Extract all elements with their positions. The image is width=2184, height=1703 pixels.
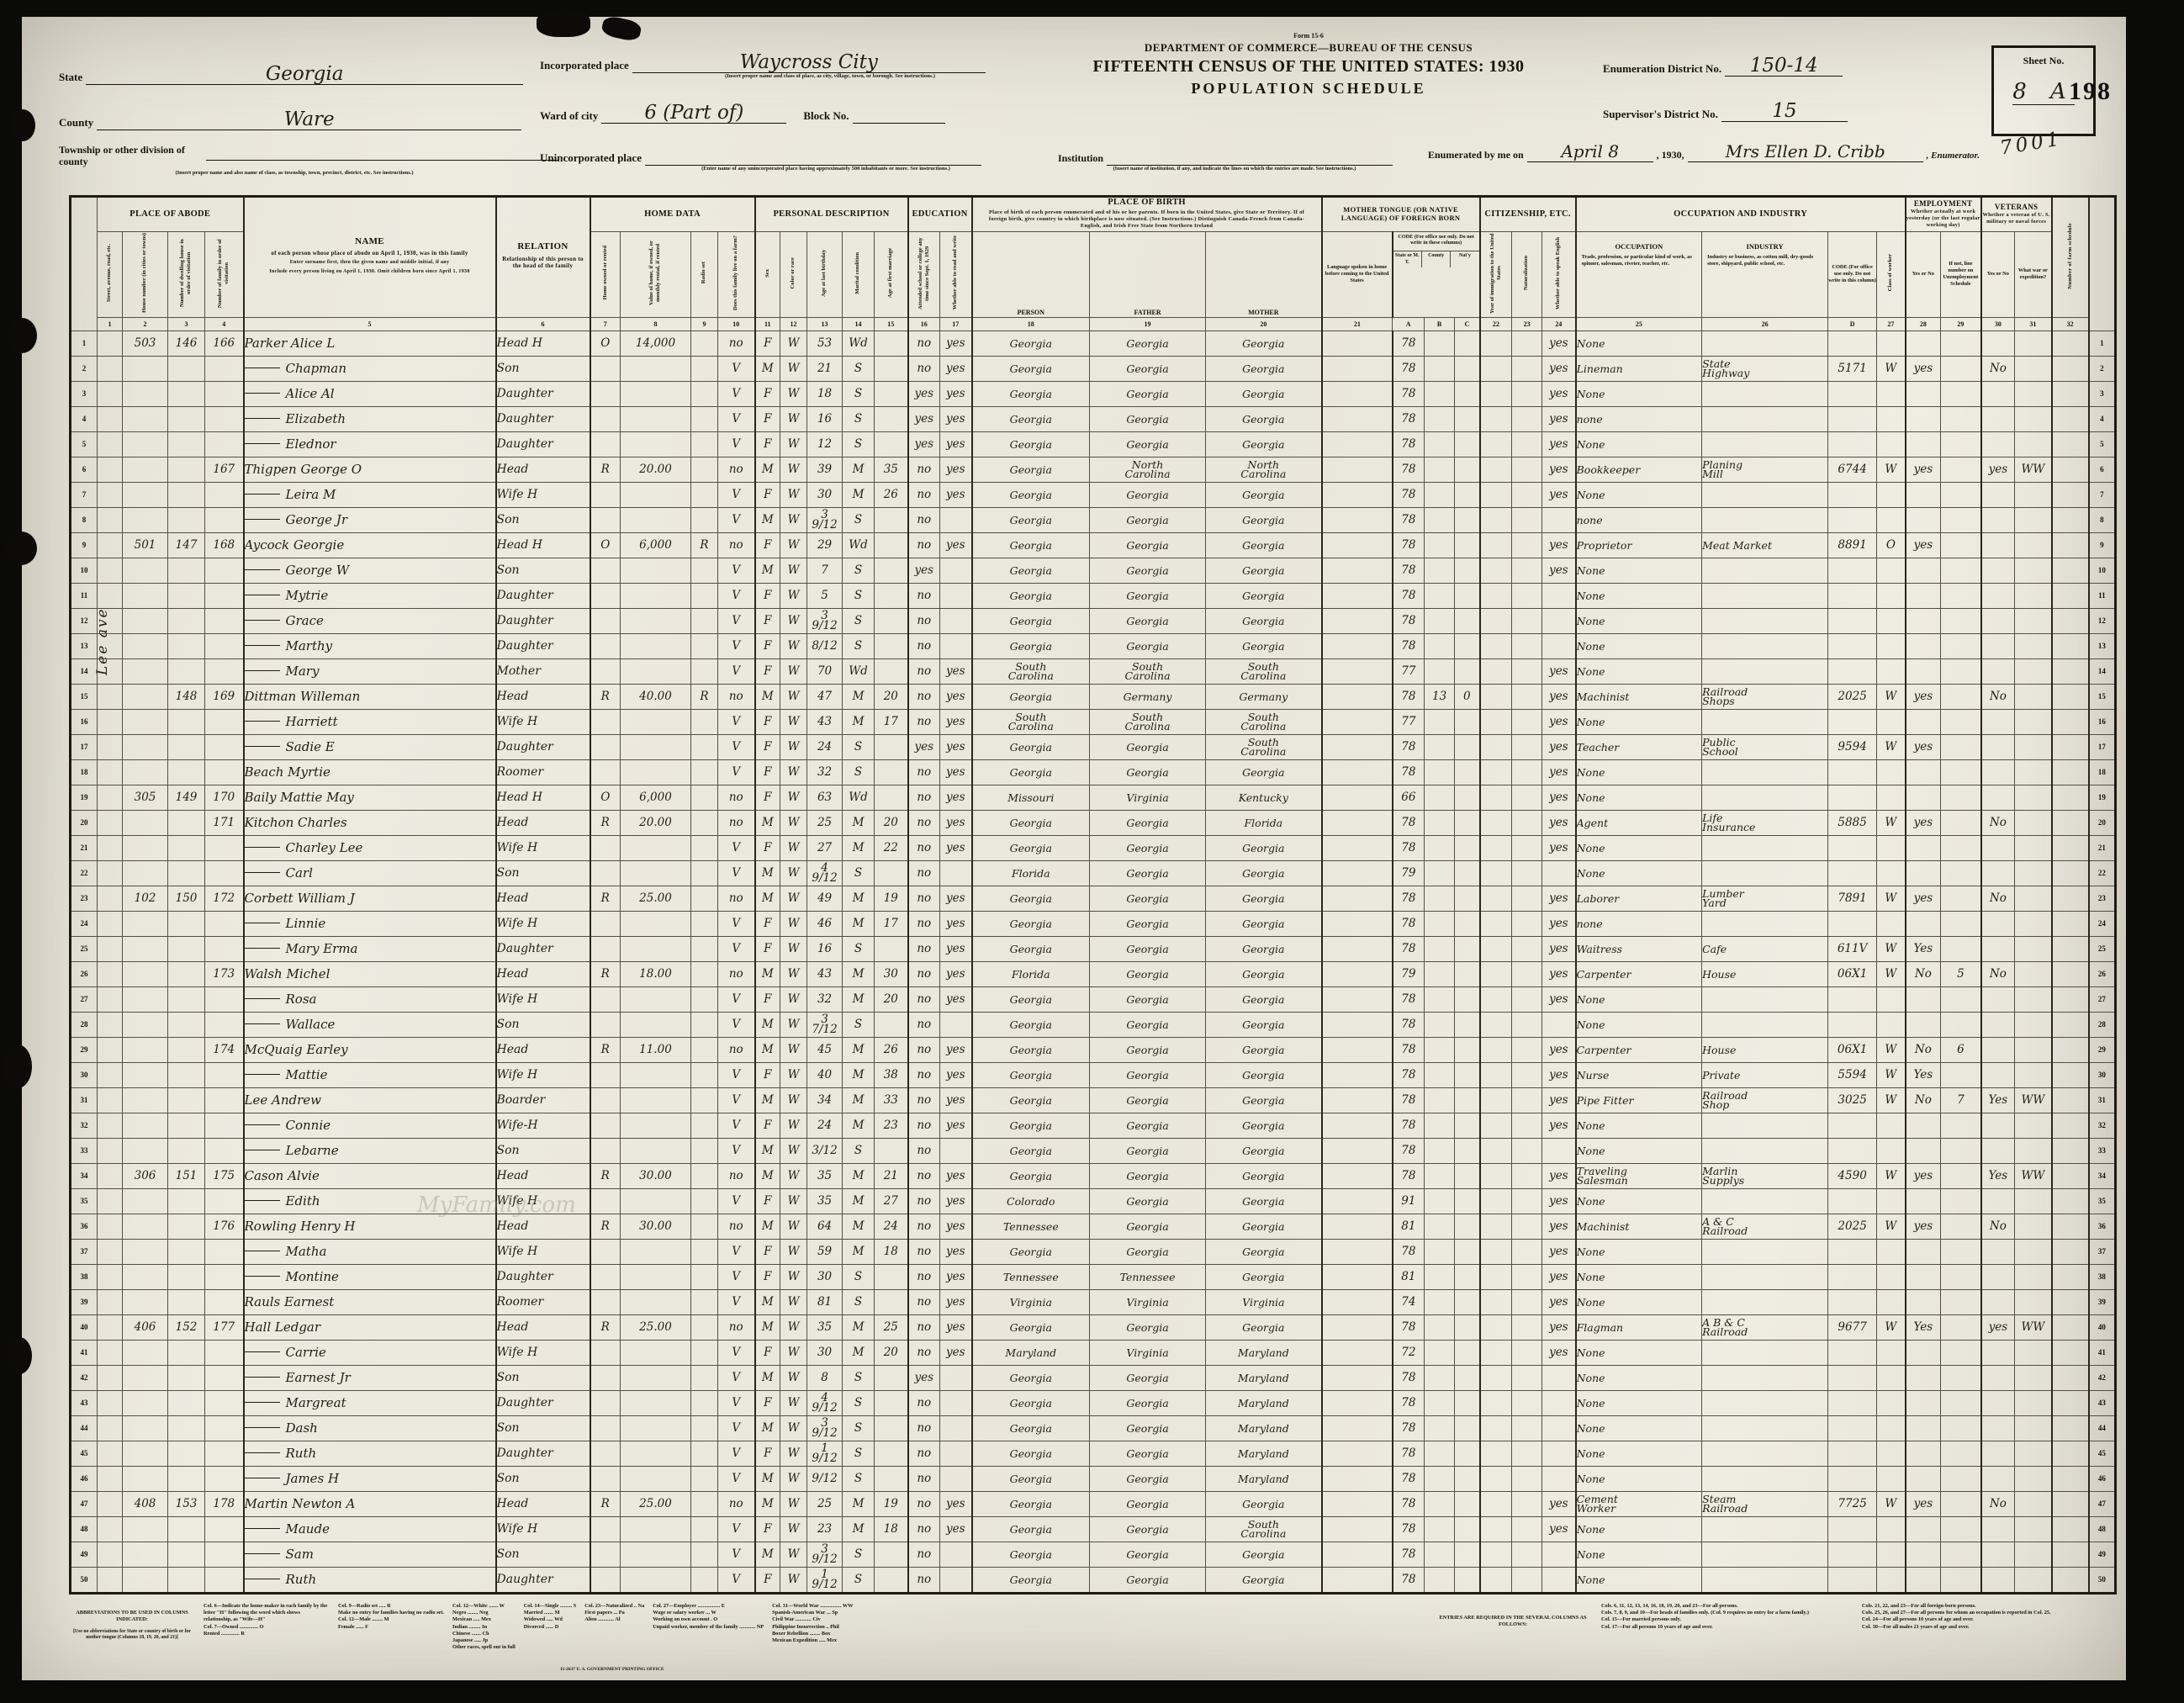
cell-cls: W [1877, 1214, 1906, 1239]
table-row: 13MarthyDaughterVFW8/12SnoGeorgiaGeorgia… [71, 633, 2116, 658]
cell-street [98, 1516, 123, 1542]
cell-mar: M [843, 1163, 875, 1188]
cell-street [98, 810, 123, 835]
cell-f32 [2052, 457, 2089, 482]
cell-age: 81 [807, 1289, 843, 1314]
col-number-13: 13 [807, 317, 843, 331]
col-street: Street, avenue, road, etc. [98, 231, 123, 317]
cell-bpf: Tennessee [1090, 1264, 1206, 1289]
col-code-abc: CODE (For office use only. Do not write … [1393, 231, 1480, 317]
cell-lnL: 8 [71, 507, 98, 532]
cell-bpm: Georgia [1206, 1113, 1322, 1138]
cell-bpp: Georgia [972, 356, 1090, 381]
cell-nat [1512, 331, 1542, 356]
cell-farm: V [718, 558, 755, 583]
cell-name: Harriett [244, 709, 496, 734]
cell-w28 [1906, 1390, 1941, 1415]
cell-bpm: South Carolina [1206, 734, 1322, 759]
cell-ind: Planing Mill [1702, 457, 1828, 482]
col-number-C: C [1455, 317, 1480, 331]
cell-bpp: Georgia [972, 608, 1090, 633]
cell-imm [1480, 961, 1512, 986]
cell-imm [1480, 911, 1512, 936]
cell-bpf: Georgia [1090, 331, 1206, 356]
cell-name: Mary Erma [244, 936, 496, 961]
table-row: 27RosaWife HVFW32M20noyesGeorgiaGeorgiaG… [71, 986, 2116, 1012]
cell-w28: yes [1906, 1163, 1941, 1188]
cell-race: W [780, 1415, 807, 1441]
cell-cB [1425, 1289, 1455, 1314]
cell-bpp: Georgia [972, 431, 1090, 457]
cell-name: Elednor [244, 431, 496, 457]
cell-street [98, 457, 123, 482]
cell-bpf: Georgia [1090, 986, 1206, 1012]
cell-ind: Steam Railroad [1702, 1491, 1828, 1516]
cell-sch: no [908, 1466, 940, 1491]
cell-dwel [168, 1113, 205, 1138]
cell-occ: Pipe Fitter [1576, 1087, 1702, 1113]
cell-agem: 35 [875, 457, 908, 482]
cell-fam: 173 [205, 961, 244, 986]
cell-cA: 78 [1393, 810, 1425, 835]
cell-rw: yes [940, 1113, 972, 1138]
cell-street [98, 1314, 123, 1340]
col-dwelling-number: Number of dwelling house in order of vis… [168, 231, 205, 317]
cell-race: W [780, 1289, 807, 1314]
cell-w28: Yes [1906, 1062, 1941, 1087]
ditto-dash [245, 1553, 280, 1554]
cell-cB [1425, 709, 1455, 734]
cell-occ: None [1576, 1239, 1702, 1264]
cell-occ: None [1576, 1415, 1702, 1441]
cell-rel: Son [496, 1012, 590, 1037]
cell-fam [205, 507, 244, 532]
incorporated-caption: (Insert proper name and class of place, … [649, 73, 1011, 79]
cell-v31 [2015, 1138, 2052, 1163]
cell-radio: R [691, 532, 718, 558]
cell-bpm: Georgia [1206, 431, 1322, 457]
cell-street [98, 1037, 123, 1062]
cell-ind: Marlin Supplys [1702, 1163, 1828, 1188]
cell-codeD [1828, 1012, 1877, 1037]
cell-imm [1480, 1087, 1512, 1113]
cell-v31 [2015, 785, 2052, 810]
cell-bpp: Georgia [972, 734, 1090, 759]
cell-sex: M [755, 1012, 780, 1037]
cell-farm: V [718, 759, 755, 785]
cell-rel: Wife H [496, 986, 590, 1012]
col-code-d: CODE (For office use only. Do not write … [1828, 231, 1877, 317]
cell-house: 406 [123, 1314, 168, 1340]
cell-sex: F [755, 633, 780, 658]
code-sub-naty: Nat'y [1450, 251, 1478, 267]
cell-radio [691, 1340, 718, 1365]
cell-bpm: Maryland [1206, 1466, 1322, 1491]
cell-bpp: Georgia [972, 1012, 1090, 1037]
cell-bpf: Georgia [1090, 608, 1206, 633]
cell-lnL: 38 [71, 1264, 98, 1289]
cell-eng: yes [1542, 785, 1576, 810]
cell-codeD [1828, 1289, 1877, 1314]
cell-rel: Head [496, 1491, 590, 1516]
cell-occ: None [1576, 785, 1702, 810]
cell-agem [875, 936, 908, 961]
cell-rw [940, 1390, 972, 1415]
cell-w29 [1941, 911, 1981, 936]
cell-nat [1512, 1138, 1542, 1163]
table-row: 12GraceDaughterVFW3 9/12SnoGeorgiaGeorgi… [71, 608, 2116, 633]
cell-cls [1877, 633, 1906, 658]
group-employment: EMPLOYMENT Whether actually at work yest… [1906, 197, 1981, 232]
cell-cA: 78 [1393, 1113, 1425, 1138]
cell-val: 25.00 [621, 886, 691, 911]
group-home-data: HOME DATA [590, 197, 755, 232]
cell-bpp: Georgia [972, 1415, 1090, 1441]
group-citizenship: CITIZENSHIP, ETC. [1480, 197, 1576, 232]
cell-cC [1455, 331, 1480, 356]
cell-v30 [1981, 734, 2015, 759]
cell-house [123, 1289, 168, 1314]
cell-occ: None [1576, 1289, 1702, 1314]
cell-fam [205, 1542, 244, 1567]
cell-age: 4 9/12 [807, 1390, 843, 1415]
cell-house [123, 1390, 168, 1415]
cell-cC [1455, 633, 1480, 658]
cell-tongue [1322, 810, 1393, 835]
ditto-dash [245, 393, 280, 394]
cell-ind [1702, 1239, 1828, 1264]
cell-radio [691, 381, 718, 406]
cell-w29: 6 [1941, 1037, 1981, 1062]
cell-lnR: 18 [2089, 759, 2116, 785]
cell-fam [205, 936, 244, 961]
cell-bpp: Florida [972, 961, 1090, 986]
cell-name: Dash [244, 1415, 496, 1441]
ditto-dash [245, 645, 280, 646]
cell-rel: Roomer [496, 759, 590, 785]
cell-ind: Life Insurance [1702, 810, 1828, 835]
cell-mar: M [843, 482, 875, 507]
cell-street [98, 482, 123, 507]
cell-w28 [1906, 860, 1941, 886]
cell-house [123, 608, 168, 633]
table-body: 1503146166Parker Alice LHead HO14,000noF… [71, 331, 2116, 1593]
enumerated-year: , 1930, [1657, 149, 1684, 161]
cell-tongue [1322, 734, 1393, 759]
cell-radio [691, 1289, 718, 1314]
cell-w28 [1906, 1289, 1941, 1314]
scan-artifact [5, 532, 37, 565]
cell-radio [691, 1163, 718, 1188]
cell-nat [1512, 1466, 1542, 1491]
cell-nat [1512, 558, 1542, 583]
cell-sch: no [908, 1163, 940, 1188]
cell-cA: 78 [1393, 835, 1425, 860]
cell-dwel [168, 658, 205, 684]
cell-dwel [168, 1138, 205, 1163]
cell-mar: M [843, 709, 875, 734]
cell-farm: no [718, 886, 755, 911]
cell-race: W [780, 1542, 807, 1567]
cell-lnL: 17 [71, 734, 98, 759]
cell-cA: 78 [1393, 507, 1425, 532]
cell-lnL: 7 [71, 482, 98, 507]
cell-val [621, 482, 691, 507]
cell-rel: Roomer [496, 1289, 590, 1314]
cell-imm [1480, 482, 1512, 507]
cell-cA: 78 [1393, 608, 1425, 633]
cell-rel: Head [496, 810, 590, 835]
cell-f32 [2052, 381, 2089, 406]
cell-v31 [2015, 860, 2052, 886]
cell-eng: yes [1542, 911, 1576, 936]
cell-nat [1512, 835, 1542, 860]
cell-v31 [2015, 1567, 2052, 1593]
cell-val [621, 1062, 691, 1087]
cell-bpp: Georgia [972, 911, 1090, 936]
cell-eng: yes [1542, 1037, 1576, 1062]
cell-tongue [1322, 507, 1393, 532]
cell-race: W [780, 457, 807, 482]
form-footer: ABBREVIATIONS TO BE USED IN COLUMNS INDI… [69, 1603, 2114, 1675]
cell-dwel [168, 1567, 205, 1593]
cell-cA: 81 [1393, 1214, 1425, 1239]
ditto-dash [245, 872, 280, 873]
cell-name: Montine [244, 1264, 496, 1289]
cell-cB [1425, 1037, 1455, 1062]
cell-agem [875, 1138, 908, 1163]
cell-nat [1512, 1188, 1542, 1214]
ditto-dash [245, 670, 280, 671]
cell-w28: yes [1906, 532, 1941, 558]
cell-agem: 21 [875, 1163, 908, 1188]
cell-tongue [1322, 1314, 1393, 1340]
census-title: FIFTEENTH CENSUS OF THE UNITED STATES: 1… [1014, 57, 1603, 77]
cell-imm [1480, 1415, 1512, 1441]
cell-sex: M [755, 1138, 780, 1163]
cell-sex: F [755, 1239, 780, 1264]
cell-fam [205, 1516, 244, 1542]
cell-house [123, 1365, 168, 1390]
cell-lnL: 36 [71, 1214, 98, 1239]
cell-radio [691, 1415, 718, 1441]
cell-name: Maude [244, 1516, 496, 1542]
cell-farm: V [718, 986, 755, 1012]
cell-occ: None [1576, 1188, 1702, 1214]
cell-f32 [2052, 961, 2089, 986]
cell-lnR: 27 [2089, 986, 2116, 1012]
cell-sex: M [755, 860, 780, 886]
cell-w29 [1941, 482, 1981, 507]
cell-val: 25.00 [621, 1491, 691, 1516]
cell-cA: 78 [1393, 1062, 1425, 1087]
cell-eng [1542, 608, 1576, 633]
cell-age: 3 7/12 [807, 1012, 843, 1037]
cell-nat [1512, 860, 1542, 886]
group-relation: RELATION Relationship of this person to … [496, 197, 590, 318]
form-number: Form 15-6 [1014, 32, 1603, 40]
cell-ind [1702, 633, 1828, 658]
cell-farm: V [718, 1567, 755, 1593]
cell-rel: Boarder [496, 1087, 590, 1113]
cell-sex: M [755, 1491, 780, 1516]
cell-radio [691, 886, 718, 911]
cell-cls [1877, 1188, 1906, 1214]
cell-bpm: Georgia [1206, 886, 1322, 911]
cell-own: O [590, 532, 621, 558]
cell-cB [1425, 658, 1455, 684]
cell-eng: yes [1542, 1087, 1576, 1113]
cell-cB [1425, 986, 1455, 1012]
cell-bpm: Georgia [1206, 1163, 1322, 1188]
cell-bpp: South Carolina [972, 658, 1090, 684]
cell-val [621, 1542, 691, 1567]
cell-race: W [780, 1113, 807, 1138]
cell-cls: W [1877, 1062, 1906, 1087]
cell-sch: no [908, 860, 940, 886]
cell-age: 1 9/12 [807, 1441, 843, 1466]
cell-age: 34 [807, 1087, 843, 1113]
cell-radio [691, 608, 718, 633]
cell-dwel [168, 810, 205, 835]
cell-lnR: 17 [2089, 734, 2116, 759]
cell-radio [691, 658, 718, 684]
cell-age: 43 [807, 961, 843, 986]
table-row: 9501147168Aycock GeorgieHead HO6,000RnoF… [71, 532, 2116, 558]
table-row: 47408153178Martin Newton AHeadR25.00noMW… [71, 1491, 2116, 1516]
cell-race: W [780, 684, 807, 709]
cell-bpf: Georgia [1090, 1567, 1206, 1593]
cell-rw: yes [940, 1087, 972, 1113]
cell-name: Aycock Georgie [244, 532, 496, 558]
cell-sex: F [755, 986, 780, 1012]
cell-w29 [1941, 406, 1981, 431]
cell-mar: M [843, 1239, 875, 1264]
cell-v31 [2015, 734, 2052, 759]
cell-w29 [1941, 835, 1981, 860]
cell-bpm: Georgia [1206, 608, 1322, 633]
cell-agem: 20 [875, 1340, 908, 1365]
cell-rw: yes [940, 734, 972, 759]
cell-val [621, 633, 691, 658]
cell-lnL: 35 [71, 1188, 98, 1214]
cell-cB [1425, 608, 1455, 633]
cell-bpf: Georgia [1090, 507, 1206, 532]
cell-cB [1425, 1012, 1455, 1037]
cell-house [123, 1567, 168, 1593]
sheet-value: 8 A [2012, 79, 2075, 104]
cell-cA: 91 [1393, 1188, 1425, 1214]
cell-cB [1425, 1113, 1455, 1138]
cell-w28 [1906, 608, 1941, 633]
cell-v31: WW [2015, 457, 2052, 482]
cell-sex: F [755, 532, 780, 558]
cell-v30 [1981, 482, 2015, 507]
cell-rel: Son [496, 860, 590, 886]
cell-lnR: 15 [2089, 684, 2116, 709]
cell-house [123, 1441, 168, 1466]
table-row: 3Alice AlDaughterVFW18SyesyesGeorgiaGeor… [71, 381, 2116, 406]
cell-lnR: 24 [2089, 911, 2116, 936]
cell-cA: 78 [1393, 1239, 1425, 1264]
cell-farm: V [718, 1239, 755, 1264]
cell-race: W [780, 482, 807, 507]
cell-occ: None [1576, 1012, 1702, 1037]
cell-rw [940, 1012, 972, 1037]
cell-sch: no [908, 986, 940, 1012]
cell-lnR: 44 [2089, 1415, 2116, 1441]
cell-f32 [2052, 1037, 2089, 1062]
cell-agem [875, 1567, 908, 1593]
cell-house [123, 1214, 168, 1239]
cell-v30 [1981, 835, 2015, 860]
cell-lnL: 46 [71, 1466, 98, 1491]
cell-name: Lee Andrew [244, 1087, 496, 1113]
cell-v31 [2015, 507, 2052, 532]
cell-rel: Head H [496, 331, 590, 356]
cell-agem: 30 [875, 961, 908, 986]
abbreviation-block-5: Col. 23—Naturalized .. Na First papers .… [584, 1603, 644, 1651]
cell-lnL: 39 [71, 1289, 98, 1314]
cell-ind [1702, 1516, 1828, 1542]
cell-lnL: 49 [71, 1542, 98, 1567]
cell-sch: yes [908, 406, 940, 431]
cell-lnL: 27 [71, 986, 98, 1012]
cell-dwel: 151 [168, 1163, 205, 1188]
cell-agem: 18 [875, 1516, 908, 1542]
cell-dwel [168, 1188, 205, 1214]
cell-mar: S [843, 1415, 875, 1441]
cell-lnR: 14 [2089, 658, 2116, 684]
cell-f32 [2052, 1314, 2089, 1340]
cell-sch: no [908, 583, 940, 608]
cell-bpp: Georgia [972, 1314, 1090, 1340]
cell-age: 18 [807, 381, 843, 406]
enumerated-date: April 8 [1561, 141, 1619, 161]
cell-cls: W [1877, 1037, 1906, 1062]
cell-bpp: Georgia [972, 1491, 1090, 1516]
form-header: State Georgia County Ware Township or ot… [22, 17, 2126, 195]
cell-mar: S [843, 558, 875, 583]
cell-v31 [2015, 608, 2052, 633]
cell-cA: 78 [1393, 886, 1425, 911]
cell-sch: no [908, 1062, 940, 1087]
cell-house [123, 507, 168, 532]
cell-bpm: Maryland [1206, 1390, 1322, 1415]
cell-codeD [1828, 709, 1877, 734]
cell-house [123, 1113, 168, 1138]
cell-cB [1425, 936, 1455, 961]
cell-dwel [168, 734, 205, 759]
cell-age: 46 [807, 911, 843, 936]
cell-bpp: Georgia [972, 1466, 1090, 1491]
cell-house [123, 759, 168, 785]
cell-street [98, 1188, 123, 1214]
cell-bpm: Maryland [1206, 1365, 1322, 1390]
cell-tongue [1322, 331, 1393, 356]
cell-farm: V [718, 709, 755, 734]
cell-sch: yes [908, 558, 940, 583]
cell-race: W [780, 1390, 807, 1415]
cell-sch: no [908, 608, 940, 633]
cell-nat [1512, 1264, 1542, 1289]
cell-cC [1455, 835, 1480, 860]
cell-rw: yes [940, 1264, 972, 1289]
sheet-label: Sheet No. [1994, 55, 2093, 67]
cell-cls: W [1877, 1314, 1906, 1340]
cell-lnL: 32 [71, 1113, 98, 1138]
cell-farm: no [718, 961, 755, 986]
